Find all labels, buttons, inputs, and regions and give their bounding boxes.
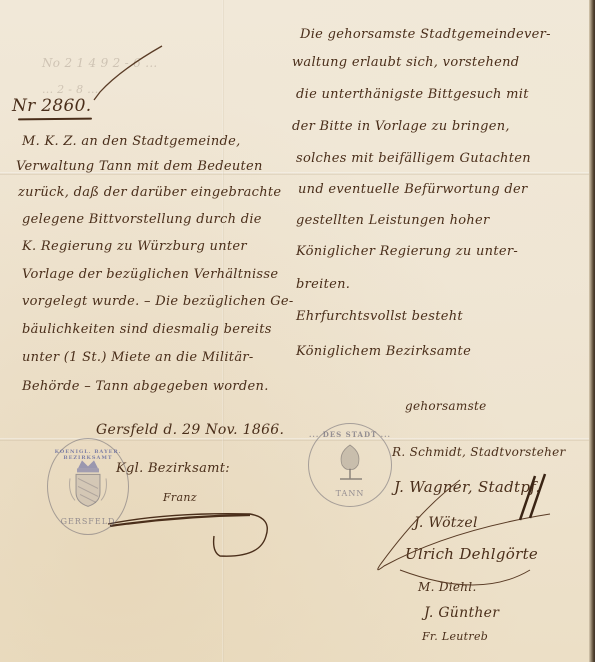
right-line: gestellten Leistungen hoher [296, 214, 490, 227]
right-line: waltung erlaubt sich, vorstehend [292, 56, 519, 69]
reference-number: Nr 2860. [12, 96, 91, 116]
left-line: Verwaltung Tann mit dem Bedeuten [16, 160, 263, 173]
right-line: der Bitte in Vorlage zu bringen, [292, 120, 510, 133]
right-line: breiten. [296, 278, 350, 291]
left-line: bäulichkeiten sind diesmalig bereits [22, 323, 272, 336]
stamp-bottom-text: GERSFELD [48, 517, 128, 526]
signature: J. Günther [424, 605, 499, 621]
closing-line: Königlichem Bezirksamte [296, 345, 471, 358]
left-line: unter (1 St.) Miete an die Militär- [22, 351, 254, 364]
stamp-ring-text: ... DES STADT ... [309, 430, 391, 439]
place-date: Gersfeld d. 29 Nov. 1866. [96, 423, 284, 437]
signature: R. Schmidt, Stadtvorsteher [392, 445, 566, 459]
document-page: No 2 1 4 9 2 - 6 ... ... 2 - 8 ... Nr 28… [0, 0, 595, 662]
right-line: solches mit beifälligem Gutachten [296, 152, 531, 165]
left-line: vorgelegt wurde. – Die bezüglichen Ge- [22, 295, 294, 308]
closing-word: gehorsamste [405, 400, 487, 412]
signature-flourishes [360, 470, 590, 600]
left-line: M. K. Z. an den Stadtgemeinde, [22, 135, 241, 148]
crowned-coat-of-arms-icon [66, 458, 110, 510]
left-line: Vorlage der bezüglichen Verhältnisse [22, 268, 278, 281]
check-stroke-icon [90, 40, 170, 105]
signature-flourish [100, 500, 275, 562]
right-line: und eventuelle Befürwortung der [298, 183, 528, 196]
left-line: zurück, daß der darüber eingebrachte [18, 186, 281, 199]
gersfeld-office-stamp: KOENIGL. BAYER. BEZIRKSAMT GERSFELD [47, 438, 129, 535]
left-line: Behörde – Tann abgegeben worden. [22, 380, 269, 393]
signature: Fr. Leutreb [422, 630, 488, 643]
left-line: gelegene Bittvorstellung durch die [22, 213, 262, 226]
right-line: Die gehorsamste Stadtgemeindever- [300, 28, 551, 41]
office-line: Kgl. Bezirksamt: [116, 462, 230, 475]
closing-line: Ehrfurchtsvollst besteht [296, 310, 463, 323]
right-line: die unterthänigste Bittgesuch mit [296, 88, 529, 101]
left-line: K. Regierung zu Würzburg unter [22, 240, 247, 253]
reference-underline [18, 118, 92, 121]
right-line: Königlicher Regierung zu unter- [296, 245, 518, 258]
